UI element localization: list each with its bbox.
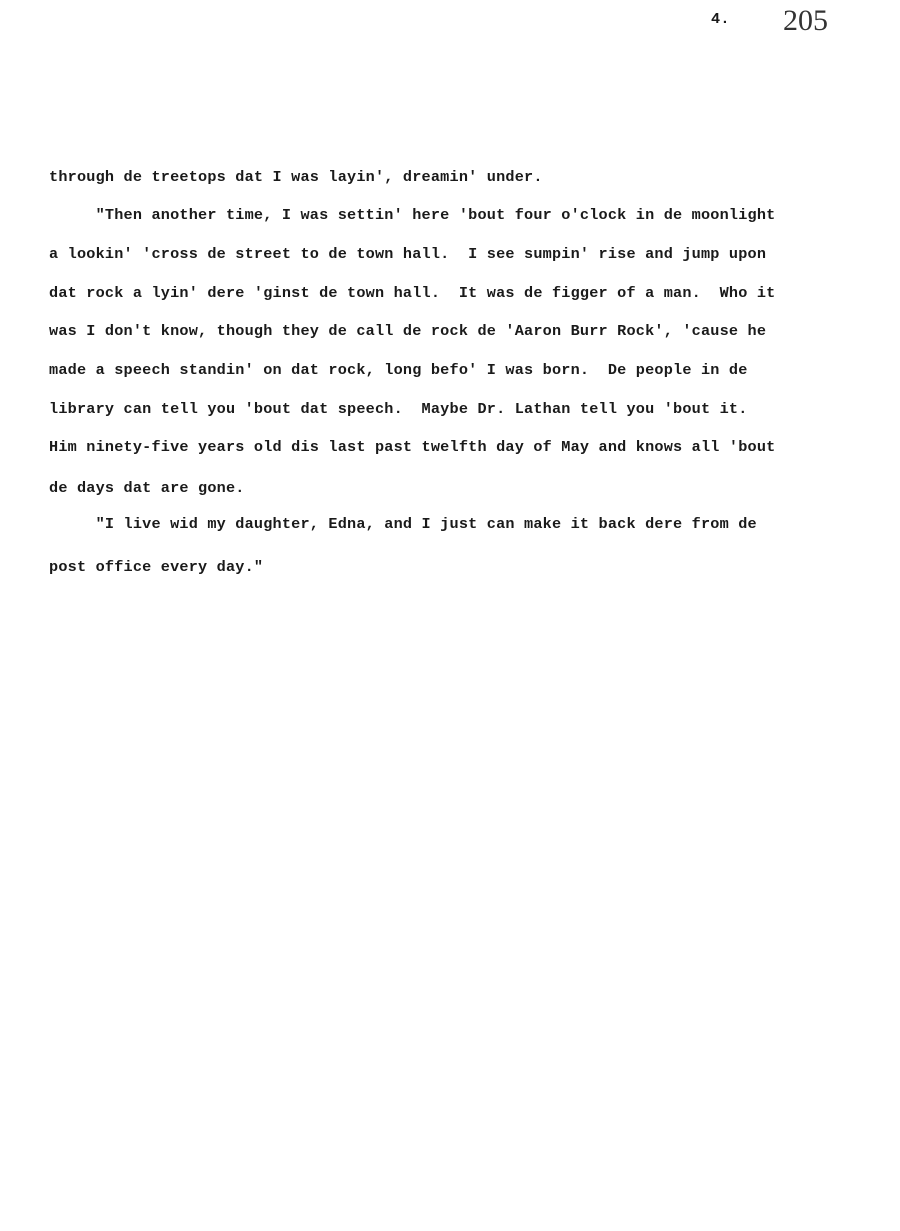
- page-number: 205: [783, 4, 828, 38]
- text-line: dat rock a lyin' dere 'ginst de town hal…: [49, 284, 776, 302]
- text-line: made a speech standin' on dat rock, long…: [49, 361, 748, 379]
- text-line: library can tell you 'bout dat speech. M…: [49, 400, 748, 418]
- document-page: 4. 205 through de treetops dat I was lay…: [0, 0, 900, 1231]
- text-line: was I don't know, though they de call de…: [49, 322, 766, 340]
- section-number: 4.: [711, 10, 730, 28]
- text-line: de days dat are gone.: [49, 479, 245, 497]
- text-line: "Then another time, I was settin' here '…: [49, 206, 776, 224]
- text-line: a lookin' 'cross de street to de town ha…: [49, 245, 766, 263]
- text-line: "I live wid my daughter, Edna, and I jus…: [49, 515, 757, 533]
- text-line: post office every day.": [49, 558, 263, 576]
- text-line: through de treetops dat I was layin', dr…: [49, 168, 543, 186]
- text-line: Him ninety-five years old dis last past …: [49, 438, 776, 456]
